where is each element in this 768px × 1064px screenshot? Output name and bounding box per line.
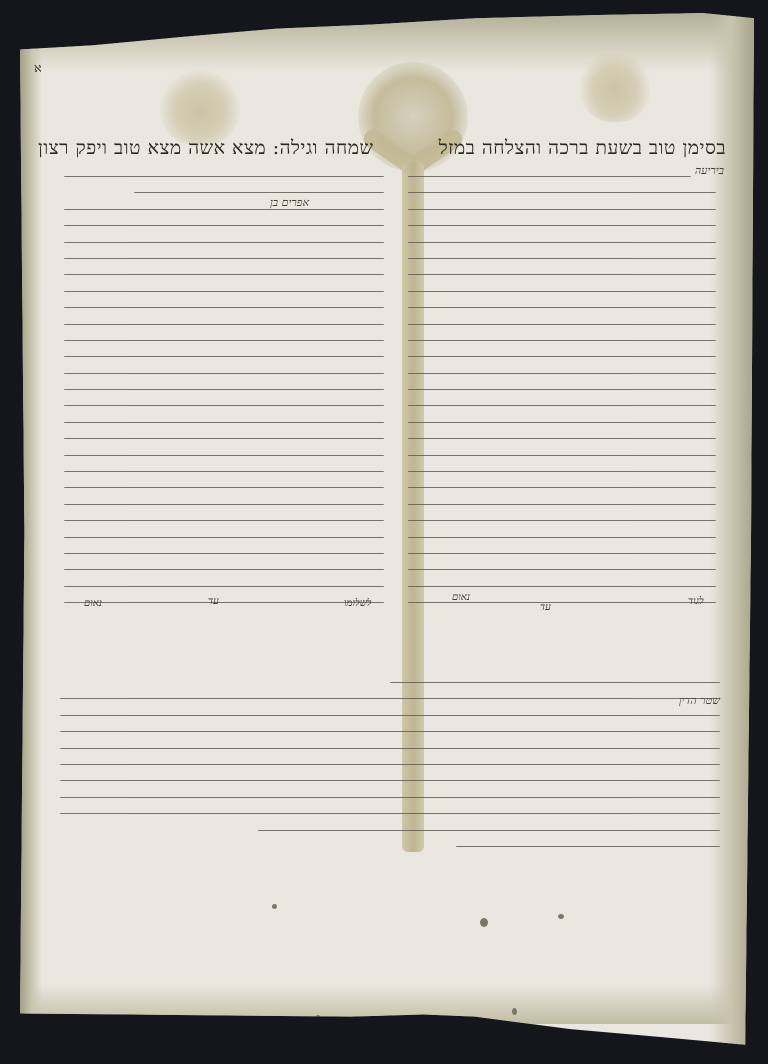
signature-left-2: עד (208, 596, 219, 607)
parchment-sheet: ℵ בסימן טוב בשעת ברכה והצלחה במזל שמחה ו… (20, 12, 754, 1052)
parchment-left-edge (20, 12, 42, 1052)
heading-left: שמחה וגילה: מצא אשה מצא טוב ויפק רצון (38, 128, 373, 168)
stain (480, 918, 488, 927)
stain (272, 904, 277, 909)
signature-left-3: לשלומו (344, 598, 371, 609)
parchment-top-edge (20, 12, 754, 72)
stain (512, 1008, 517, 1015)
lower-section-text (60, 682, 720, 862)
stain (316, 1015, 320, 1019)
signature-left-1: נאום (84, 598, 102, 609)
punch-hole (97, 1016, 112, 1040)
signature-right-1: נאום (452, 592, 470, 603)
signature-right-3: לגוד (688, 596, 704, 607)
corner-mark: ℵ (34, 64, 41, 75)
left-column-text (64, 176, 384, 619)
watermark-hand-right (580, 52, 650, 122)
stain (558, 914, 564, 919)
signature-right-2: עד (540, 602, 551, 613)
right-column-text (408, 176, 716, 619)
parchment-bottom-edge (20, 984, 754, 1024)
heading-right: בסימן טוב בשעת ברכה והצלחה במזל (439, 128, 726, 168)
